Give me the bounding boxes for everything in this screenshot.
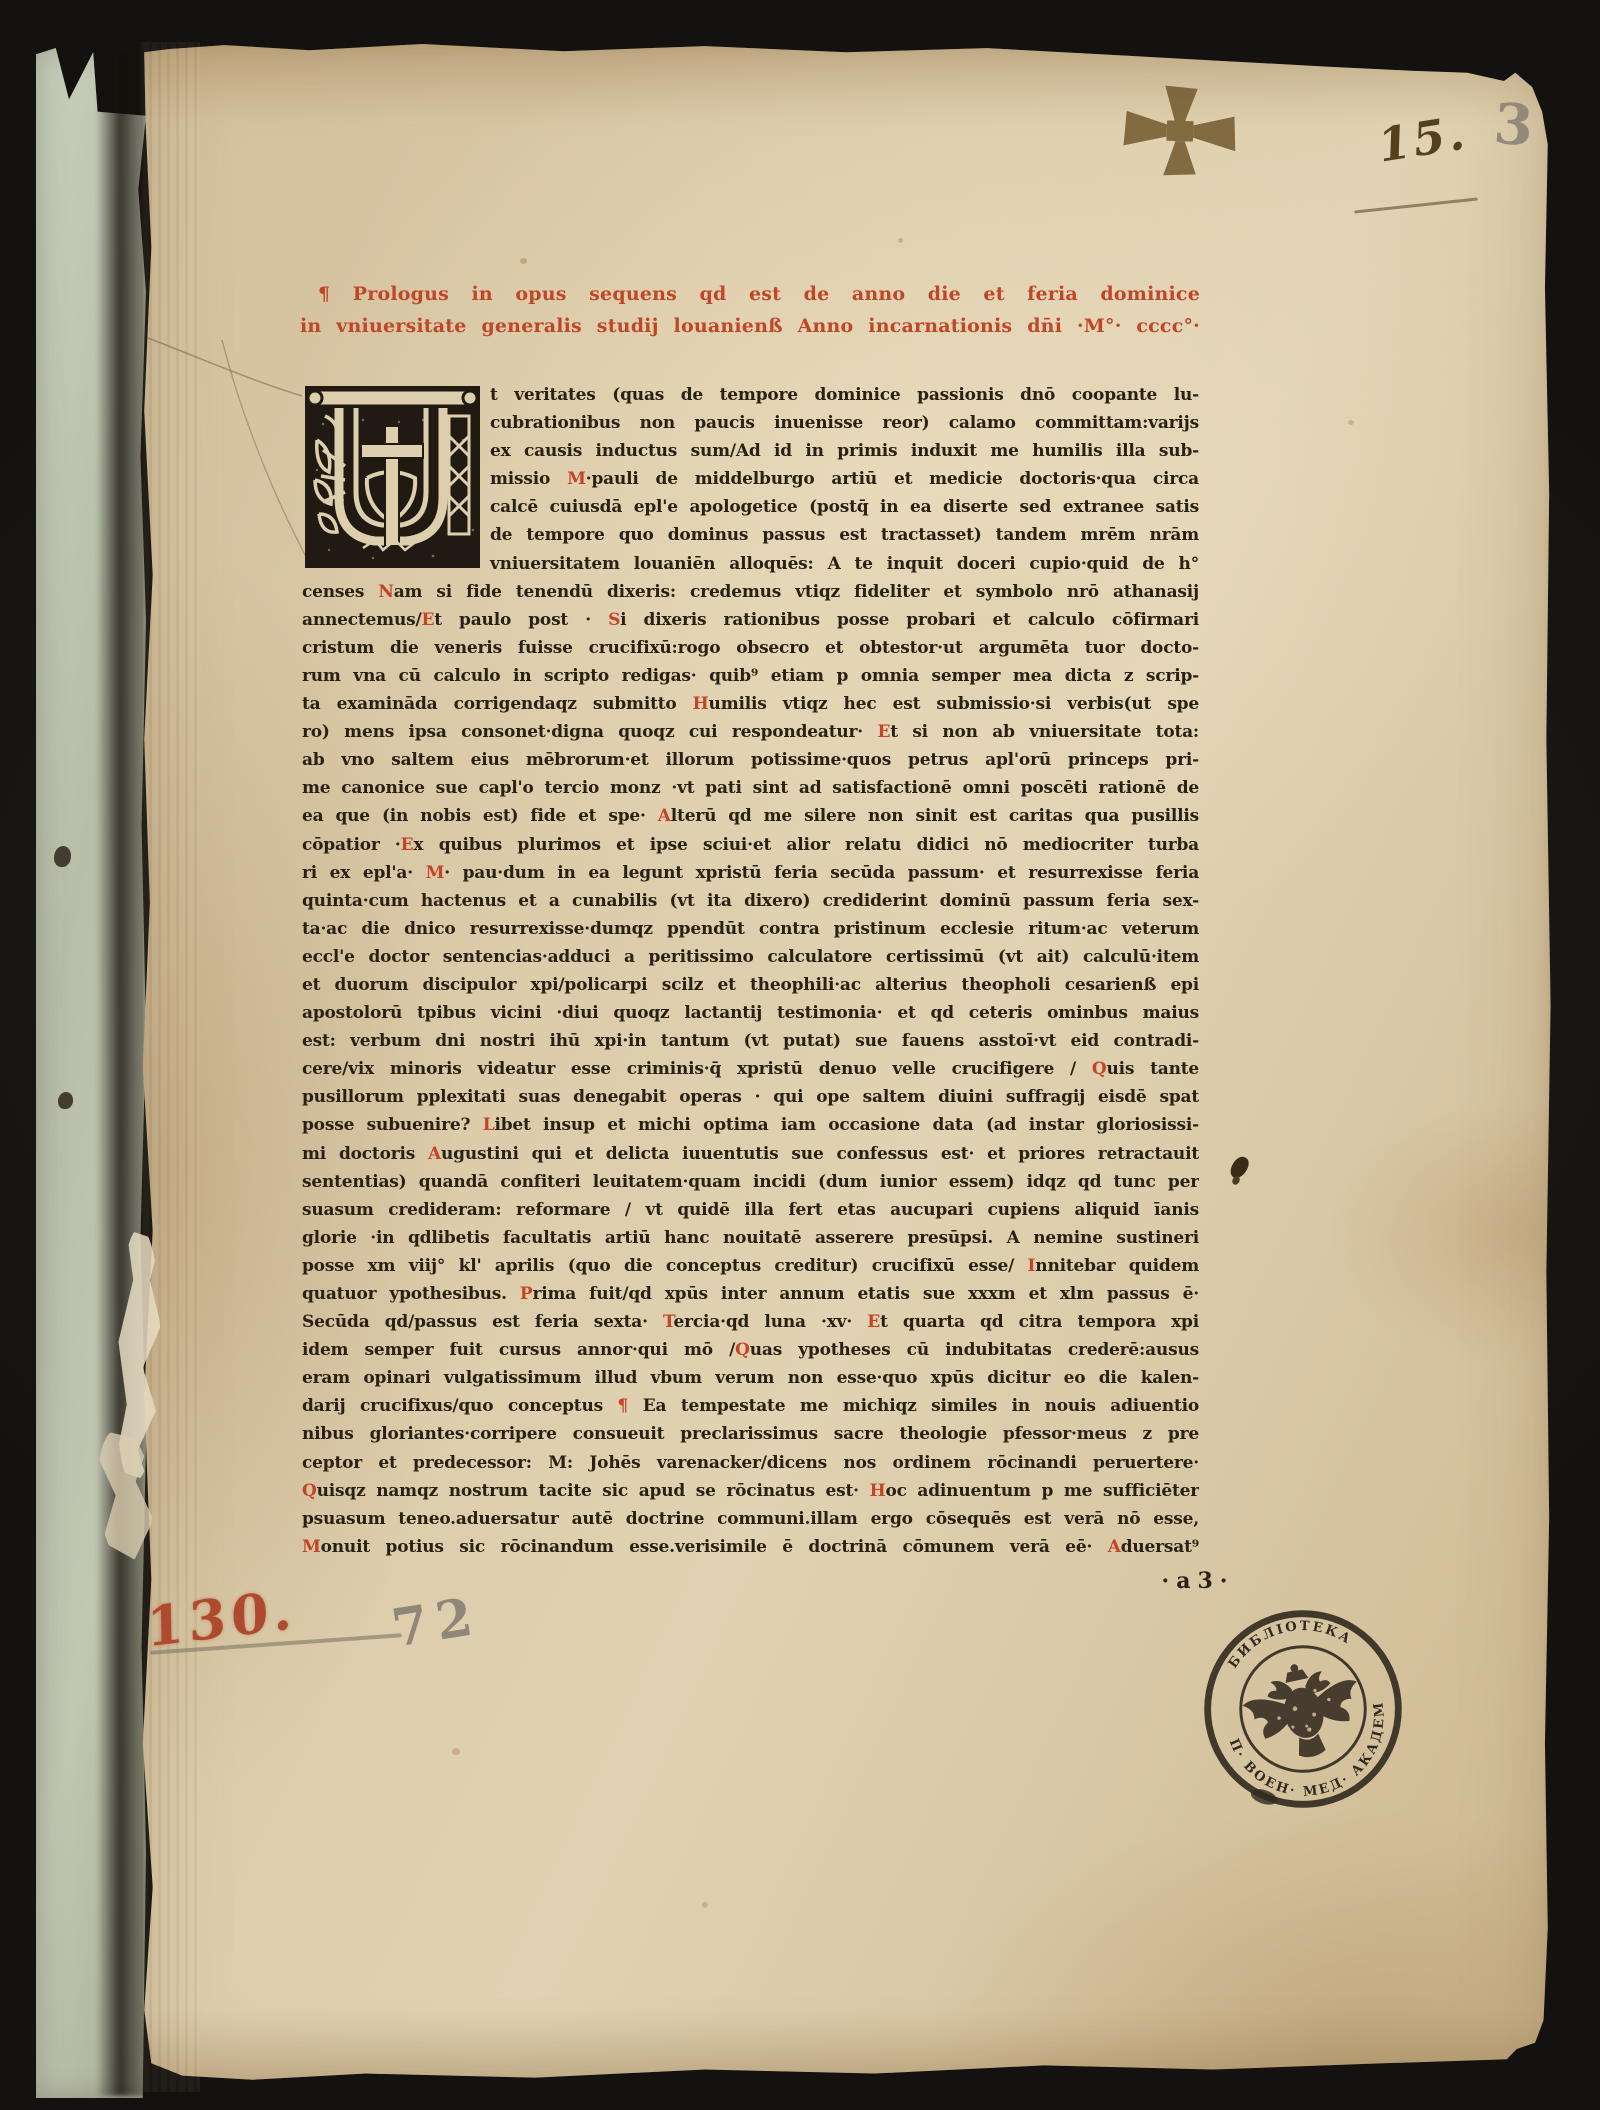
text-line: ta·ac die dnico resurrexisse·dumqz ppend…: [302, 915, 1199, 943]
text-line: psuasum teneo.aduersatur autē doctrine c…: [302, 1505, 1199, 1533]
text-segment: uisqz namqz nostrum tacite sic apud se r…: [317, 1481, 870, 1501]
text-segment: psuasum teneo.aduersatur autē doctrine c…: [302, 1509, 1199, 1529]
text-segment: rum vna cū calculo in scripto redigas· q…: [302, 666, 1199, 686]
text-segment: nibus gloriantes·corripere consueuit pre…: [302, 1424, 1199, 1444]
text-segment: calcē cuiusdā epl'e apologetice (postq̄ …: [490, 497, 1199, 517]
rubricated-initial: M: [302, 1537, 321, 1557]
text-segment: uas ypotheses cū indubitatas crederē:aus…: [750, 1340, 1199, 1360]
text-line: est: verbum dni nostri ihū xpi·in tantum…: [302, 1027, 1199, 1055]
foxing-spot: [520, 258, 527, 264]
text-line: Monuit potius sic rōcinandum esse.verisi…: [302, 1533, 1199, 1561]
text-segment: ta·ac die dnico resurrexisse·dumqz ppend…: [302, 919, 1199, 939]
foxing-spot: [1348, 420, 1354, 425]
rubricated-initial: A: [428, 1144, 441, 1164]
text-line: rum vna cū calculo in scripto redigas· q…: [302, 662, 1199, 690]
foxing-spot: [702, 1902, 708, 1908]
text-segment: · pau·dum in ea legunt xpristū feria sec…: [444, 863, 1199, 883]
rubricated-initial: E: [877, 722, 890, 742]
text-segment: Ea tempestate me michiqz similes in noui…: [643, 1396, 1199, 1416]
text-segment: darij crucifixus/quo conceptus: [302, 1396, 618, 1416]
text-segment: eram opinari vulgatissimum illud vbum ve…: [302, 1368, 1199, 1388]
rubricated-initial: Q: [1092, 1059, 1107, 1079]
text-line: quinta·cum hactenus et a cunabilis (vt i…: [302, 887, 1199, 915]
text-line: ex causis inductus sum/Ad id in primis i…: [302, 437, 1199, 465]
text-line: pusillorum pplexitati suas denegabit ope…: [302, 1083, 1199, 1111]
rubricated-initial: ¶: [618, 1396, 643, 1416]
photographed-book-page: { "document": { "kind": "incunabulum pro…: [0, 0, 1600, 2110]
text-line: nibus gloriantes·corripere consueuit pre…: [302, 1420, 1199, 1448]
text-segment: cubrationibus non paucis inuenisse reor)…: [490, 413, 1199, 433]
cross-pattee-icon: [1120, 82, 1239, 180]
text-line: ceptor et predecessor: M: Johēs varenack…: [302, 1449, 1199, 1477]
text-line: de tempore quo dominus passus est tracta…: [302, 521, 1199, 549]
text-segment: quinta·cum hactenus et a cunabilis (vt i…: [302, 891, 1199, 911]
text-line: ea que (in nobis est) fide et spe· Alter…: [302, 802, 1199, 830]
rubricated-initial: H: [870, 1481, 886, 1501]
text-line: t veritates (quas de tempore dominice pa…: [302, 381, 1199, 409]
rubricated-initial: Q: [302, 1481, 317, 1501]
text-segment: ri ex epl'a·: [302, 863, 426, 883]
text-segment: t veritates (quas de tempore dominice pa…: [490, 385, 1199, 405]
text-segment: eccl'e doctor sentencias·adduci a periti…: [302, 947, 1199, 967]
text-segment: mi doctoris: [302, 1144, 428, 1164]
text-line: eccl'e doctor sentencias·adduci a periti…: [302, 943, 1199, 971]
text-segment: de tempore quo dominus passus est tracta…: [490, 525, 1199, 545]
body-text-block: t veritates (quas de tempore dominice pa…: [302, 381, 1199, 1561]
text-line: idem semper fuit cursus annor·qui mō /Qu…: [302, 1336, 1199, 1364]
text-segment: onuit potius sic rōcinandum esse.verisim…: [321, 1537, 1108, 1557]
text-line: et duorum discipulor xpi/policarpi scilz…: [302, 971, 1199, 999]
foxing-spot: [452, 1748, 460, 1755]
text-segment: me canonice sue capl'o tercio monz ·vt p…: [302, 778, 1199, 798]
text-segment: ibet insup et michi optima iam occasione…: [494, 1115, 1199, 1135]
text-line: posse xm viij° kl' aprilis (quo die conc…: [302, 1252, 1199, 1280]
text-line: missio M·pauli de middelburgo artiū et m…: [302, 465, 1199, 493]
text-line: eram opinari vulgatissimum illud vbum ve…: [302, 1364, 1199, 1392]
rubricated-initial: A: [658, 806, 671, 826]
text-segment: ta examināda corrigendaqz submitto: [302, 694, 693, 714]
library-stamp: БИБЛІОТЕКА ИМП· ВОЕН· МЕД· АКАДЕМІИ: [1176, 1582, 1430, 1836]
text-segment: i dixeris rationibus posse probari et ca…: [620, 610, 1199, 630]
rubricated-initial: E: [422, 610, 435, 630]
text-line: cristum die veneris fuisse crucifixū:rog…: [302, 634, 1199, 662]
text-segment: suasum credideram: reformare / vt quidē …: [302, 1200, 1199, 1220]
rubricated-initial: E: [401, 835, 414, 855]
text-segment: oc adinuentum p me sufficiēter: [885, 1481, 1199, 1501]
quire-signature-mark: ·a3·: [1118, 1568, 1278, 1594]
text-line: cubrationibus non paucis inuenisse reor)…: [302, 409, 1199, 437]
binding-knot: [54, 846, 71, 867]
text-segment: nnitebar quidem: [1035, 1256, 1199, 1276]
text-segment: t si non ab vniuersitate tota:: [890, 722, 1199, 742]
text-segment: posse xm viij° kl' aprilis (quo die conc…: [302, 1256, 1028, 1276]
text-segment: lterū qd me silere non sinit est caritas…: [671, 806, 1199, 826]
text-line: calcē cuiusdā epl'e apologetice (postq̄ …: [302, 493, 1199, 521]
text-segment: rima fuit/qd xpūs inter annum etatis sue…: [533, 1284, 1200, 1304]
text-line: censes Nam si fide tenendū dixeris: cred…: [302, 578, 1199, 606]
text-segment: apostolorū tpibus vicini ·diui quoqz lac…: [302, 1003, 1199, 1023]
text-line: quatuor ypothesibus. Prima fuit/qd xpūs …: [302, 1280, 1199, 1308]
rubricated-initial: N: [378, 582, 393, 602]
text-segment: cere/vix minoris videatur esse criminis·…: [302, 1059, 1092, 1079]
text-segment: sententias) quandā confiteri leuitatem·q…: [302, 1172, 1199, 1192]
folio-number-pencil: 3: [1492, 91, 1535, 160]
text-segment: censes: [302, 582, 378, 602]
rubricated-initial: E: [867, 1312, 880, 1332]
text-line: mi doctoris Augustini qui et delicta iuu…: [302, 1140, 1199, 1168]
text-segment: est: verbum dni nostri ihū xpi·in tantum…: [302, 1031, 1199, 1051]
text-segment: pusillorum pplexitati suas denegabit ope…: [302, 1087, 1199, 1107]
text-line: sententias) quandā confiteri leuitatem·q…: [302, 1168, 1199, 1196]
rubricated-initial: M: [567, 469, 586, 489]
rubric-line: ¶ Prologus in opus sequens qd est de ann…: [300, 278, 1200, 310]
text-line: posse subuenire? Libet insup et michi op…: [302, 1111, 1199, 1139]
text-line: ab vno saltem eius mēbrorum·et illorum p…: [302, 746, 1199, 774]
binding-knot: [58, 1092, 73, 1109]
text-line: ta examināda corrigendaqz submitto Humil…: [302, 690, 1199, 718]
text-segment: ercia·qd luna ·xv·: [674, 1312, 868, 1332]
rubricated-initial: L: [483, 1115, 495, 1135]
text-segment: glorie ·in qdlibetis facultatis artiū ha…: [302, 1228, 1199, 1248]
text-segment: x quibus plurimos et ipse sciui·et alior…: [413, 835, 1199, 855]
text-segment: t paulo post ·: [434, 610, 608, 630]
text-line: vniuersitatem louaniēn alloquēs: A te in…: [302, 550, 1199, 578]
rubricated-initial: T: [663, 1312, 674, 1332]
text-segment: annectemus/: [302, 610, 422, 630]
rubricated-initial: P: [520, 1284, 533, 1304]
text-line: cere/vix minoris videatur esse criminis·…: [302, 1055, 1199, 1083]
foxing-spot: [898, 238, 903, 243]
text-segment: et duorum discipulor xpi/policarpi scilz…: [302, 975, 1199, 995]
text-line: me canonice sue capl'o tercio monz ·vt p…: [302, 774, 1199, 802]
text-line: Secūda qd/passus est feria sexta· Tercia…: [302, 1308, 1199, 1336]
text-line: cōpatior ·Ex quibus plurimos et ipse sci…: [302, 831, 1199, 859]
text-segment: ceptor et predecessor: M: Johēs varenack…: [302, 1453, 1199, 1473]
text-segment: cristum die veneris fuisse crucifixū:rog…: [302, 638, 1199, 658]
text-segment: ab vno saltem eius mēbrorum·et illorum p…: [302, 750, 1199, 770]
text-line: apostolorū tpibus vicini ·diui quoqz lac…: [302, 999, 1199, 1027]
text-segment: missio: [490, 469, 567, 489]
text-segment: ro) mens ipsa consonet·digna quoqz cui r…: [302, 722, 877, 742]
text-segment: idem semper fuit cursus annor·qui mō /: [302, 1340, 735, 1360]
rubricated-initial: Q: [735, 1340, 750, 1360]
text-line: ro) mens ipsa consonet·digna quoqz cui r…: [302, 718, 1199, 746]
text-segment: ex causis inductus sum/Ad id in primis i…: [490, 441, 1199, 461]
rubricated-initial: M: [426, 863, 445, 883]
text-line: annectemus/Et paulo post · Si dixeris ra…: [302, 606, 1199, 634]
text-line: Quisqz namqz nostrum tacite sic apud se …: [302, 1477, 1199, 1505]
text-segment: cōpatior ·: [302, 835, 401, 855]
spine-edge-texture: [140, 42, 200, 2092]
text-segment: am si fide tenendū dixeris: credemus vti…: [394, 582, 1199, 602]
text-segment: vniuersitatem louaniēn alloquēs: A te in…: [490, 554, 1199, 574]
text-segment: posse subuenire?: [302, 1115, 483, 1135]
text-segment: ea que (in nobis est) fide et spe·: [302, 806, 658, 826]
text-segment: Secūda qd/passus est feria sexta·: [302, 1312, 663, 1332]
text-segment: t quarta qd citra tempora xpi: [880, 1312, 1199, 1332]
text-line: glorie ·in qdlibetis facultatis artiū ha…: [302, 1224, 1199, 1252]
rubricated-initial: A: [1108, 1537, 1121, 1557]
text-segment: duersat⁹: [1121, 1537, 1199, 1557]
text-segment: uis tante: [1106, 1059, 1199, 1079]
rubric-line: in vniuersitate generalis studij louanie…: [300, 310, 1200, 342]
text-segment: quatuor ypothesibus.: [302, 1284, 520, 1304]
text-line: suasum credideram: reformare / vt quidē …: [302, 1196, 1199, 1224]
text-segment: ugustini qui et delicta iuuentutis sue c…: [441, 1144, 1199, 1164]
rubric-heading: ¶ Prologus in opus sequens qd est de ann…: [300, 278, 1200, 342]
text-segment: ·pauli de middelburgo artiū et medicie d…: [586, 469, 1199, 489]
text-line: ri ex epl'a· M· pau·dum in ea legunt xpr…: [302, 859, 1199, 887]
text-line: darij crucifixus/quo conceptus ¶ Ea temp…: [302, 1392, 1199, 1420]
rubricated-initial: S: [608, 610, 620, 630]
rubricated-initial: H: [693, 694, 709, 714]
text-segment: umilis vtiqz hec est submissio·si verbis…: [709, 694, 1199, 714]
